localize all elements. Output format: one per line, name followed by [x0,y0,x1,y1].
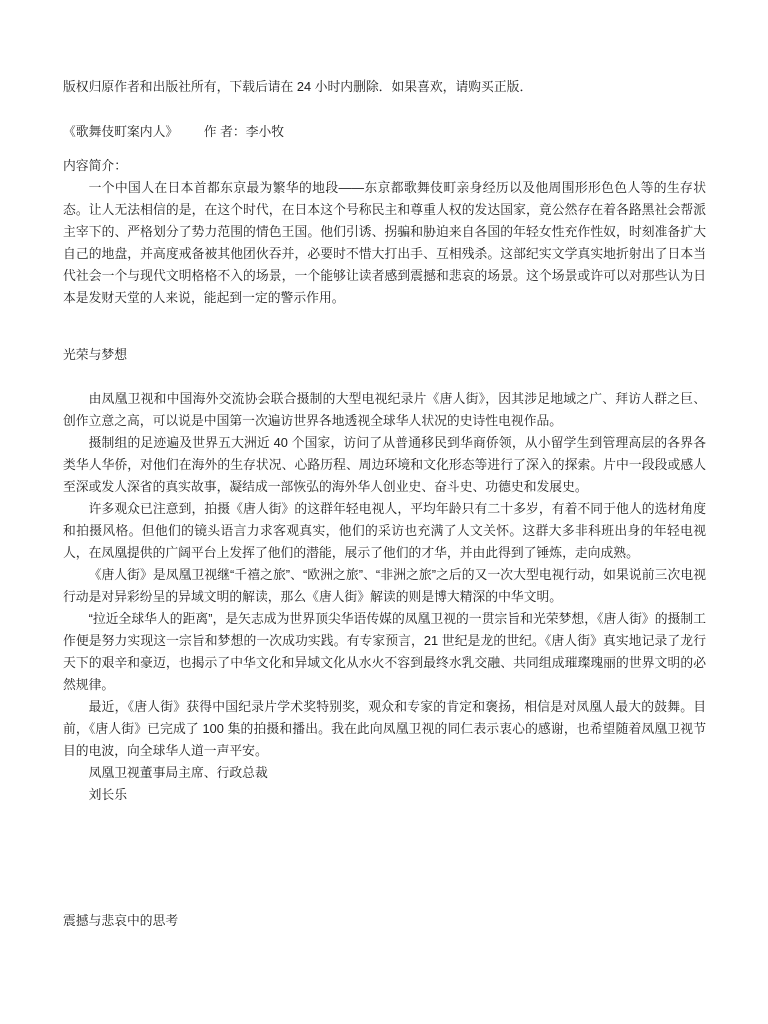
paragraph-3: 许多观众已注意到，拍摄《唐人街》的这群年轻电视人，平均年龄只有二十多岁，有着不同… [63,498,706,564]
paragraph-2: 摄制组的足迹遍及世界五大洲近 40 个国家，访问了从普通移民到华商侨领，从小留学… [63,432,706,498]
section-heading-glory-and-dreams: 光荣与梦想 [63,344,706,366]
signature-title: 凤凰卫视董事局主席、行政总裁 [63,762,706,784]
book-title-line: 《歌舞伎町案内人》作 者：李小牧 [63,121,706,143]
copyright-notice: 版权归原作者和出版社所有，下载后请在 24 小时内删除．如果喜欢，请购买正版． [63,76,706,98]
section-heading-shock-and-sorrow: 震撼与悲哀中的思考 [63,910,178,932]
paragraph-5: “拉近全球华人的距离”，是矢志成为世界顶尖华语传媒的凤凰卫视的一贯宗旨和光荣梦想… [63,608,706,696]
book-title: 《歌舞伎町案内人》 [63,124,178,139]
paragraph-1: 由凤凰卫视和中国海外交流协会联合摄制的大型电视纪录片《唐人街》，因其涉足地域之广… [63,388,706,432]
paragraph-6: 最近，《唐人街》获得中国纪录片学术奖特别奖，观众和专家的肯定和褒扬，相信是对凤凰… [63,696,706,762]
document-page: 版权归原作者和出版社所有，下载后请在 24 小时内删除．如果喜欢，请购买正版． … [0,0,768,1024]
paragraph-4: 《唐人街》是凤凰卫视继“千禧之旅”、“欧洲之旅”、“非洲之旅”之后的又一次大型电… [63,564,706,608]
synopsis-label: 内容简介： [63,155,706,177]
synopsis-paragraph: 一个中国人在日本首都东京最为繁华的地段——东京都歌舞伎町亲身经历以及他周围形形色… [63,177,706,309]
author-label: 作 者：李小牧 [204,124,284,139]
signature-name: 刘长乐 [63,784,706,806]
